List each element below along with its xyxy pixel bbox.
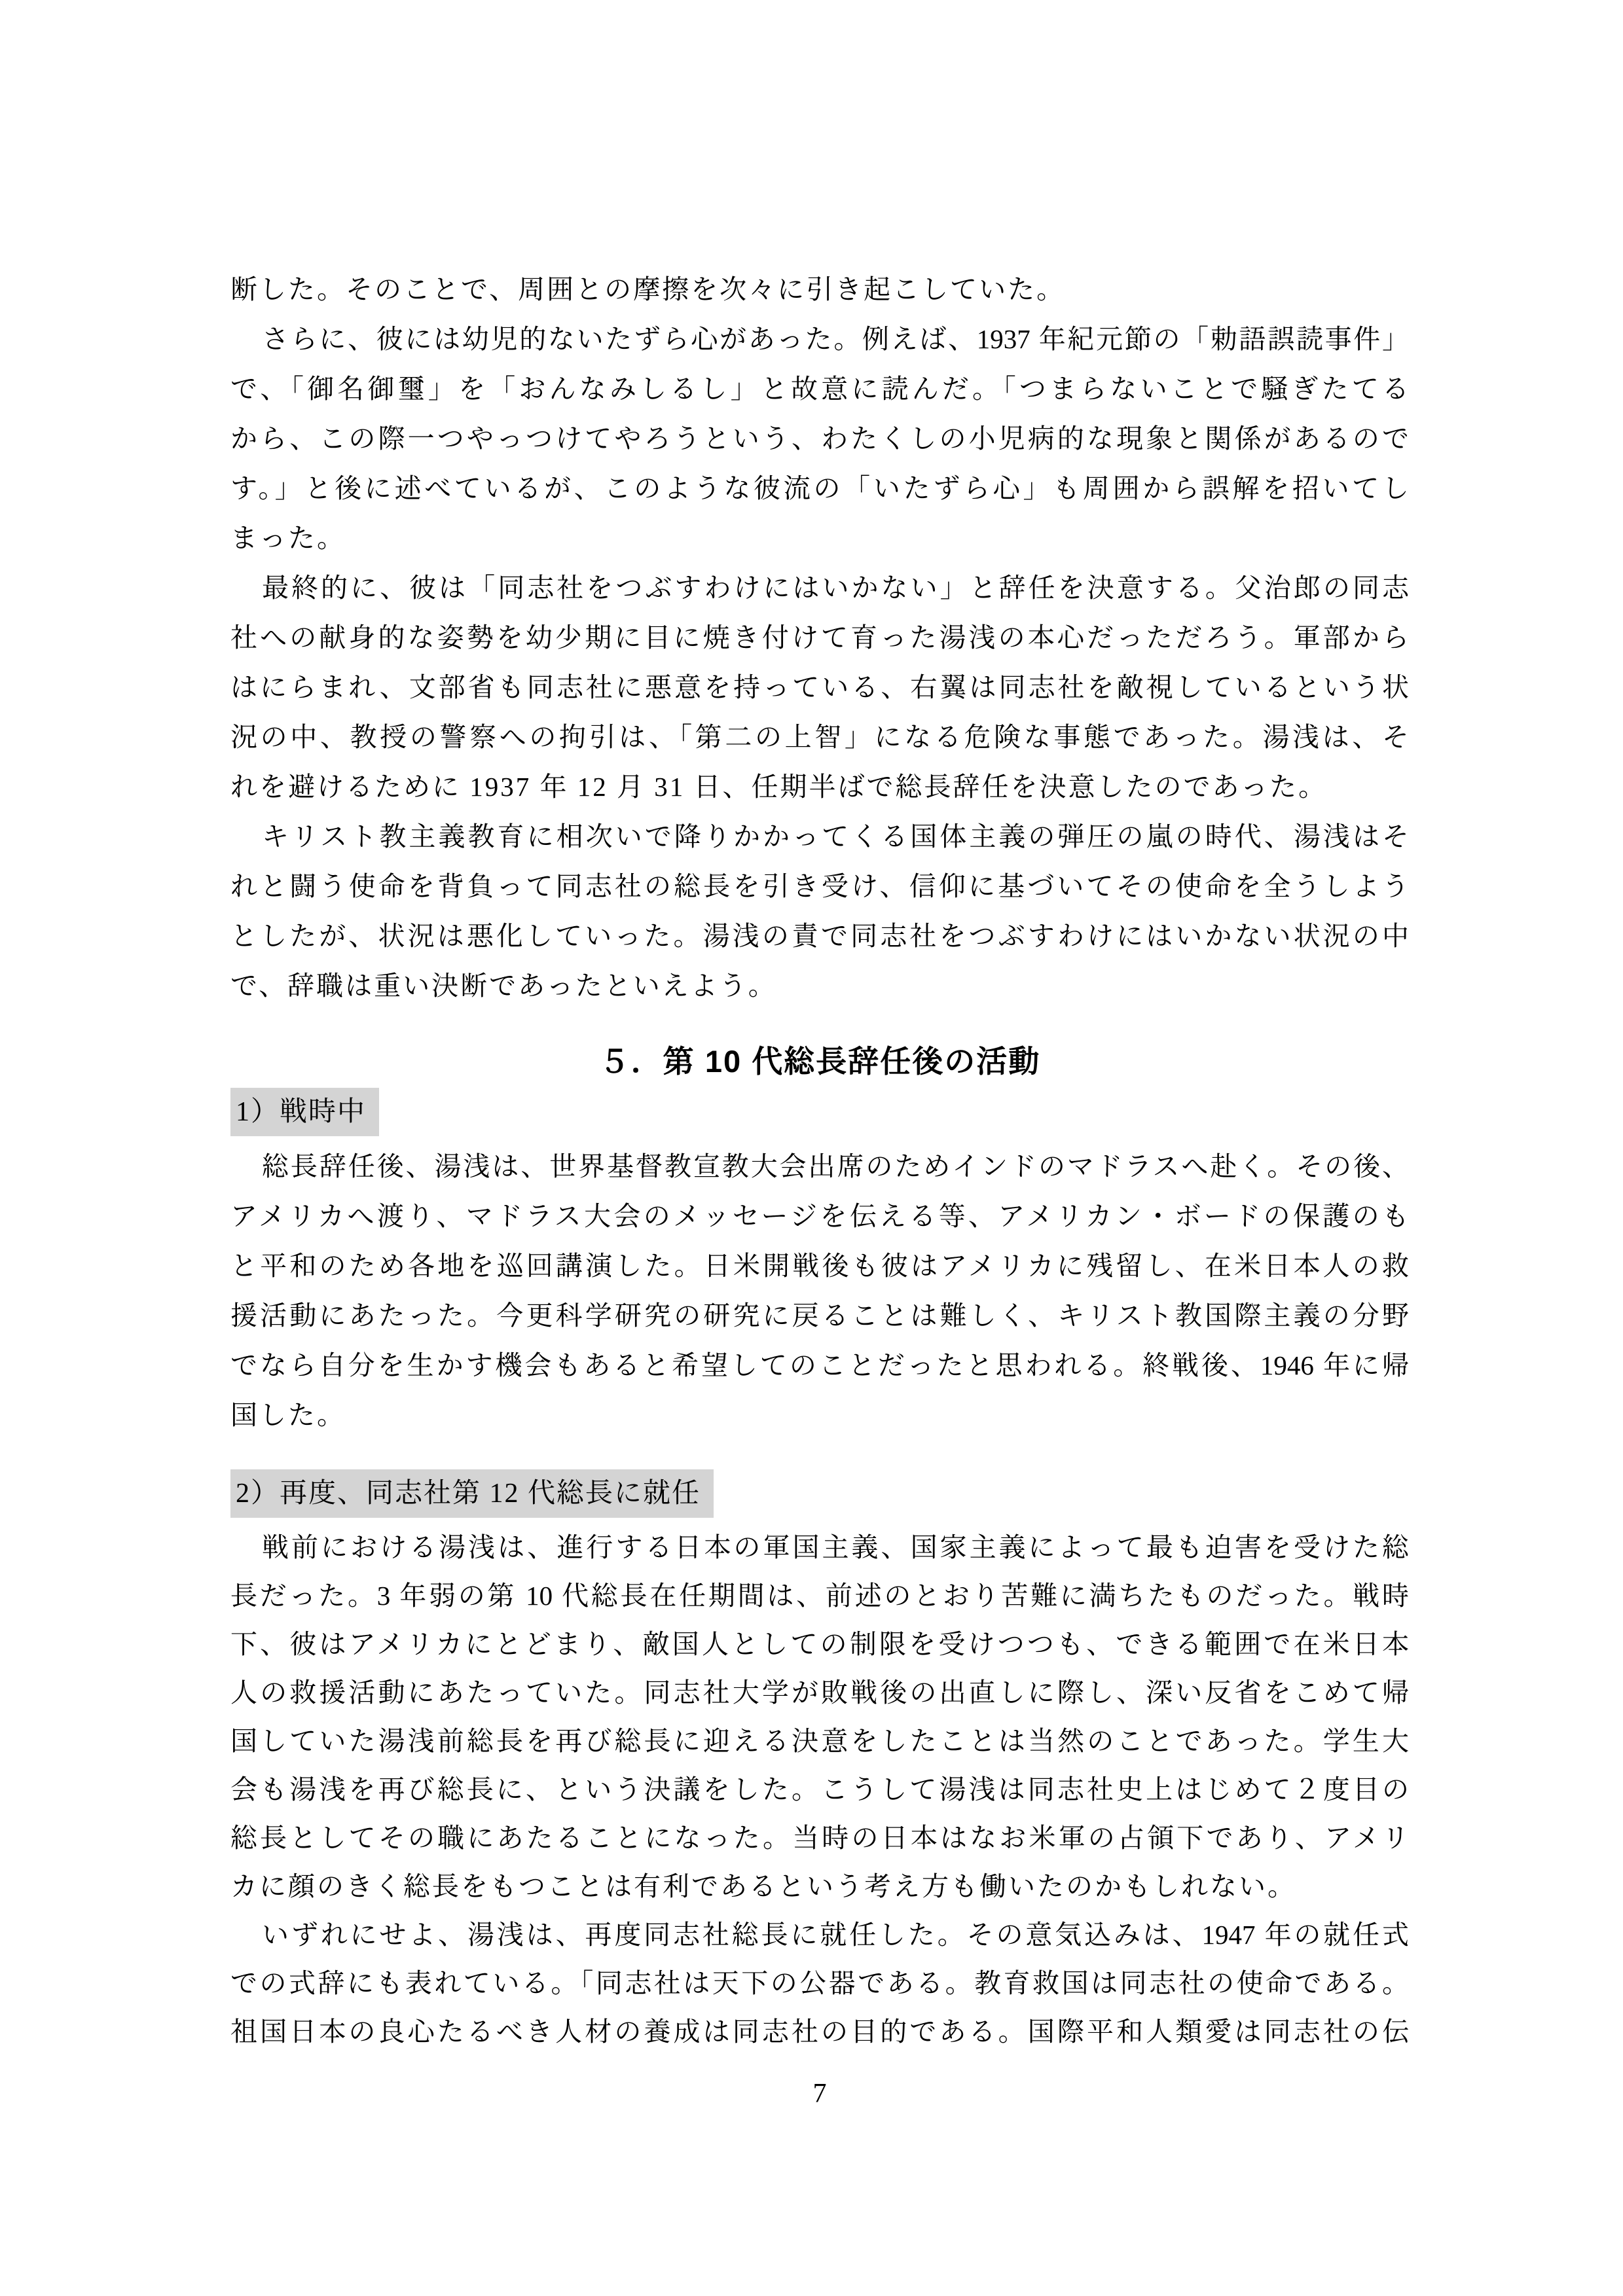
text-line: はにらまれ、文部省も同志社に悪意を持っている、右翼は同志社を敵視しているという状 (230, 662, 1409, 712)
section-heading: ５．第 10 代総長辞任後の活動 (230, 1037, 1409, 1086)
subsection-heading-label: 2）再度、同志社第 12 代総長に就任 (230, 1469, 714, 1518)
text-line: いずれにせよ、湯浅は、再度同志社総長に就任した。その意気込みは、1947 年の就… (230, 1910, 1409, 1959)
text-line: 断した。そのことで、周囲との摩擦を次々に引き起こしていた。 (230, 264, 1409, 314)
subsection-heading-label: 1）戦時中 (230, 1088, 379, 1136)
paragraph: いずれにせよ、湯浅は、再度同志社総長に就任した。その意気込みは、1947 年の就… (230, 1910, 1409, 2056)
paragraph: 総長辞任後、湯浅は、世界基督教宣教大会出席のためインドのマドラスへ赴く。その後、… (230, 1141, 1409, 1440)
subsection-heading-second-presidency: 2）再度、同志社第 12 代総長に就任 (230, 1469, 1409, 1518)
text-line: 国した。 (230, 1390, 1409, 1440)
text-line: で、辞職は重い決断であったといえよう。 (230, 961, 1409, 1011)
text-column: 断した。そのことで、周囲との摩擦を次々に引き起こしていた。 さらに、彼には幼児的… (230, 264, 1409, 2113)
paragraph: 戦前における湯浅は、進行する日本の軍国主義、国家主義によって最も迫害を受けた総 … (230, 1523, 1409, 1910)
text-line: 援活動にあたった。今更科学研究の研究に戻ることは難しく、キリスト教国際主義の分野 (230, 1291, 1409, 1340)
paragraph: キリスト教主義教育に相次いで降りかかってくる国体主義の弾圧の嵐の時代、湯浅はそ … (230, 812, 1409, 1011)
text-line: 総長辞任後、湯浅は、世界基督教宣教大会出席のためインドのマドラスへ赴く。その後、 (230, 1141, 1409, 1191)
text-line: 下、彼はアメリカにとどまり、敵国人としての制限を受けつつも、できる範囲で在米日本 (230, 1620, 1409, 1668)
text-line: で、「御名御璽」を「おんなみしるし」と故意に読んだ。「つまらないことで騒ぎたてる (230, 364, 1409, 414)
text-line: まった。 (230, 513, 1409, 563)
text-line: アメリカへ渡り、マドラス大会のメッセージを伝える等、アメリカン・ボードの保護のも (230, 1191, 1409, 1241)
page-number: 7 (230, 2074, 1409, 2113)
text-line: 社への献身的な姿勢を幼少期に目に焼き付けて育った湯浅の本心だっただろう。軍部から (230, 613, 1409, 662)
text-line: キリスト教主義教育に相次いで降りかかってくる国体主義の弾圧の嵐の時代、湯浅はそ (230, 812, 1409, 861)
text-line: 国していた湯浅前総長を再び総長に迎える決意をしたことは当然のことであった。学生大 (230, 1717, 1409, 1765)
text-line: 総長としてその職にあたることになった。当時の日本はなお米軍の占領下であり、アメリ (230, 1814, 1409, 1862)
text-line: でなら自分を生かす機会もあると希望してのことだったと思われる。終戦後、1946 … (230, 1340, 1409, 1390)
text-line: 況の中、教授の警察への拘引は、「第二の上智」になる危険な事態であった。湯浅は、そ (230, 712, 1409, 762)
paragraph: 最終的に、彼は「同志社をつぶすわけにはいかない」と辞任を決意する。父治郎の同志 … (230, 563, 1409, 812)
text-line: カに顔のきく総長をもつことは有利であるという考え方も働いたのかもしれない。 (230, 1862, 1409, 1910)
paragraph: さらに、彼には幼児的ないたずら心があった。例えば、1937 年紀元節の「勅語誤読… (230, 314, 1409, 563)
text-line: 最終的に、彼は「同志社をつぶすわけにはいかない」と辞任を決意する。父治郎の同志 (230, 563, 1409, 613)
text-line: れを避けるために 1937 年 12 月 31 日、任期半ばで総長辞任を決意した… (230, 762, 1409, 812)
text-line: さらに、彼には幼児的ないたずら心があった。例えば、1937 年紀元節の「勅語誤読… (230, 314, 1409, 364)
document-page: 断した。そのことで、周囲との摩擦を次々に引き起こしていた。 さらに、彼には幼児的… (0, 0, 1623, 2296)
paragraph-continuation: 断した。そのことで、周囲との摩擦を次々に引き起こしていた。 (230, 264, 1409, 314)
subsection-heading-wartime: 1）戦時中 (230, 1088, 1409, 1136)
text-line: れと闘う使命を背負って同志社の総長を引き受け、信仰に基づいてその使命を全うしよう (230, 861, 1409, 911)
text-line: す。」と後に述べているが、このような彼流の「いたずら心」も周囲から誤解を招いてし (230, 463, 1409, 513)
text-line: 長だった。3 年弱の第 10 代総長在任期間は、前述のとおり苦難に満ちたものだっ… (230, 1571, 1409, 1620)
text-line: 人の救援活動にあたっていた。同志社大学が敗戦後の出直しに際し、深い反省をこめて帰 (230, 1668, 1409, 1717)
text-line: 会も湯浅を再び総長に、という決議をした。こうして湯浅は同志社史上はじめて２度目の (230, 1765, 1409, 1814)
text-line: としたが、状況は悪化していった。湯浅の責で同志社をつぶすわけにはいかない状況の中 (230, 911, 1409, 961)
text-line: から、この際一つやっつけてやろうという、わたくしの小児病的な現象と関係があるので (230, 414, 1409, 463)
text-line: での式辞にも表れている。「同志社は天下の公器である。教育救国は同志社の使命である… (230, 1959, 1409, 2007)
text-line: 戦前における湯浅は、進行する日本の軍国主義、国家主義によって最も迫害を受けた総 (230, 1523, 1409, 1571)
text-line: と平和のため各地を巡回講演した。日米開戦後も彼はアメリカに残留し、在米日本人の救 (230, 1241, 1409, 1291)
text-line: 祖国日本の良心たるべき人材の養成は同志社の目的である。国際平和人類愛は同志社の伝 (230, 2007, 1409, 2056)
